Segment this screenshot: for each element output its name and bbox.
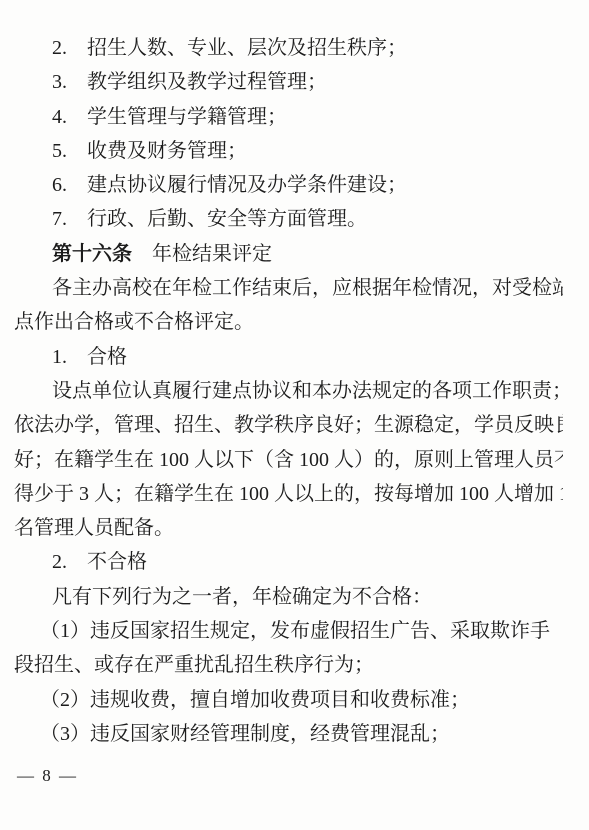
paragraph-line: 各主办高校在年检工作结束后，应根据年检情况，对受检站 xyxy=(14,271,563,305)
paragraph-line: 名管理人员配备。 xyxy=(14,511,563,545)
fail-condition-1: （1）违反国家招生规定，发布虚假招生广告、采取欺诈手 xyxy=(14,614,563,648)
list-item-5: 5. 收费及财务管理； xyxy=(14,134,563,168)
list-item-2: 2. 招生人数、专业、层次及招生秩序； xyxy=(14,31,563,65)
paragraph-line: 得少于 3 人；在籍学生在 100 人以上的，按每增加 100 人增加 1 xyxy=(14,477,563,511)
list-item-4: 4. 学生管理与学籍管理； xyxy=(14,100,563,134)
article-heading: 第十六条 年检结果评定 xyxy=(14,237,563,271)
document-text: 2. 招生人数、专业、层次及招生秩序； 3. 教学组织及教学过程管理； 4. 学… xyxy=(0,0,589,751)
list-item-3: 3. 教学组织及教学过程管理； xyxy=(14,65,563,99)
fail-condition-3: （3）违反国家财经管理制度，经费管理混乱； xyxy=(14,717,563,751)
document-page: 2. 招生人数、专业、层次及招生秩序； 3. 教学组织及教学过程管理； 4. 学… xyxy=(0,0,589,830)
paragraph-line: 点作出合格或不合格评定。 xyxy=(14,305,563,339)
list-item-7: 7. 行政、后勤、安全等方面管理。 xyxy=(14,202,563,236)
paragraph-line: 凡有下列行为之一者，年检确定为不合格： xyxy=(14,580,563,614)
article-title: 年检结果评定 xyxy=(132,243,272,265)
subitem-2-fail: 2. 不合格 xyxy=(14,545,563,579)
list-item-6: 6. 建点协议履行情况及办学条件建设； xyxy=(14,168,563,202)
paragraph-line: 好；在籍学生在 100 人以下（含 100 人）的，原则上管理人员不 xyxy=(14,443,563,477)
paragraph-line: 设点单位认真履行建点协议和本办法规定的各项工作职责； xyxy=(14,374,563,408)
page-number: — 8 — xyxy=(0,763,589,789)
subitem-1-pass: 1. 合格 xyxy=(14,340,563,374)
fail-condition-2: （2）违规收费，擅自增加收费项目和收费标准； xyxy=(14,683,563,717)
paragraph-line: 段招生、或存在严重扰乱招生秩序行为； xyxy=(14,648,563,682)
paragraph-line: 依法办学，管理、招生、教学秩序良好；生源稳定，学员反映良 xyxy=(14,408,563,442)
article-number: 第十六条 xyxy=(52,243,132,265)
